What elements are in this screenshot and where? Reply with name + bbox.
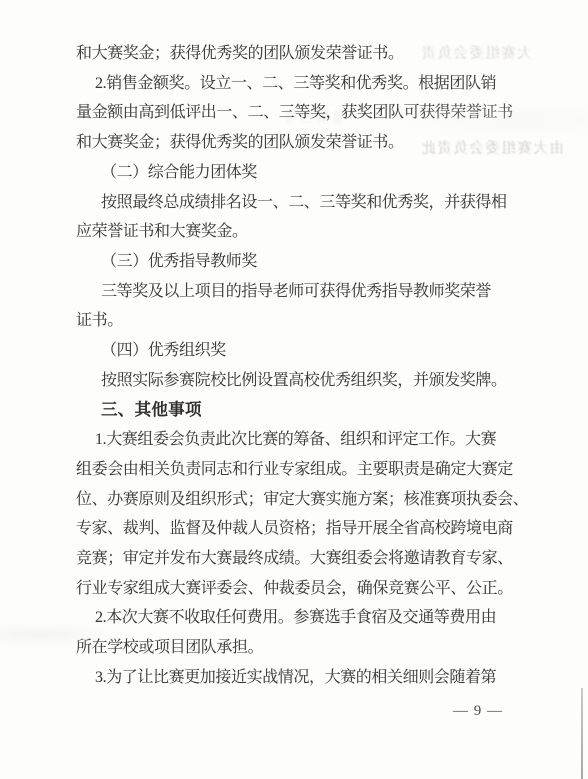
text-line: 位、办赛原则及组织形式；审定大赛实施方案；核准赛项执委会、 bbox=[76, 492, 528, 508]
text-line: 所在学校或项目团队承担。 bbox=[76, 640, 263, 656]
text-line: 和大赛奖金；获得优秀奖的团队颁发荣誉证书。 bbox=[76, 46, 404, 62]
text-line: 按照最终总成绩排名设一、二、三等奖和优秀奖，并获得相 bbox=[76, 195, 507, 211]
text-line: 量金额由高到低评出一、二、三等奖，获奖团队可获得荣誉证书 bbox=[76, 105, 513, 121]
text-line: 三、其他事项 bbox=[76, 402, 202, 419]
document-lines: 和大赛奖金；获得优秀奖的团队颁发荣誉证书。2.销售金额奖。设立一、二、三等奖和优… bbox=[76, 0, 536, 779]
text-line: 1.大赛组委会负责此次比赛的筹备、组织和评定工作。大赛 bbox=[76, 432, 496, 448]
text-line: 按照实际参赛院校比例设置高校优秀组织奖，并颁发奖牌。 bbox=[76, 373, 507, 389]
text-line: 三等奖及以上项目的指导老师可获得优秀指导教师奖荣誉 bbox=[76, 284, 491, 300]
text-line: 2.销售金额奖。设立一、二、三等奖和优秀奖。根据团队销 bbox=[76, 76, 496, 92]
text-line: （三）优秀指导教师奖 bbox=[76, 254, 257, 270]
text-line: （四）优秀组织奖 bbox=[76, 343, 226, 359]
text-line: 证书。 bbox=[76, 313, 123, 329]
text-line: 2.本次大赛不收取任何费用。参赛选手食宿及交通等费用由 bbox=[76, 610, 496, 626]
text-line: 专家、裁判、监督及仲裁人员资格；指导开展全省高校跨境电商 bbox=[76, 521, 513, 537]
text-line: 应荣誉证书和大赛奖金。 bbox=[76, 224, 248, 240]
text-line: 和大赛奖金；获得优秀奖的团队颁发荣誉证书。 bbox=[76, 135, 404, 151]
document-page: 金赛三等 和大赛奖金；获得优秀奖的团队颁发荣誉证书。2.销售金额奖。设立一、二、… bbox=[0, 0, 588, 779]
page-number: — 9 — bbox=[453, 703, 503, 720]
scan-edge-line bbox=[581, 688, 583, 779]
text-line: 竞赛；审定并发布大赛最终成绩。大赛组委会将邀请教育专家、 bbox=[76, 551, 513, 567]
text-line: 组委会由相关负责同志和行业专家组成。主要职责是确定大赛定 bbox=[76, 462, 513, 478]
text-line: 行业专家组成大赛评委会、仲裁委员会，确保竞赛公平、公正。 bbox=[76, 581, 513, 597]
text-line: 3.为了让比赛更加接近实战情况，大赛的相关细则会随着第 bbox=[76, 670, 496, 686]
text-line: （二）综合能力团体奖 bbox=[76, 165, 257, 181]
